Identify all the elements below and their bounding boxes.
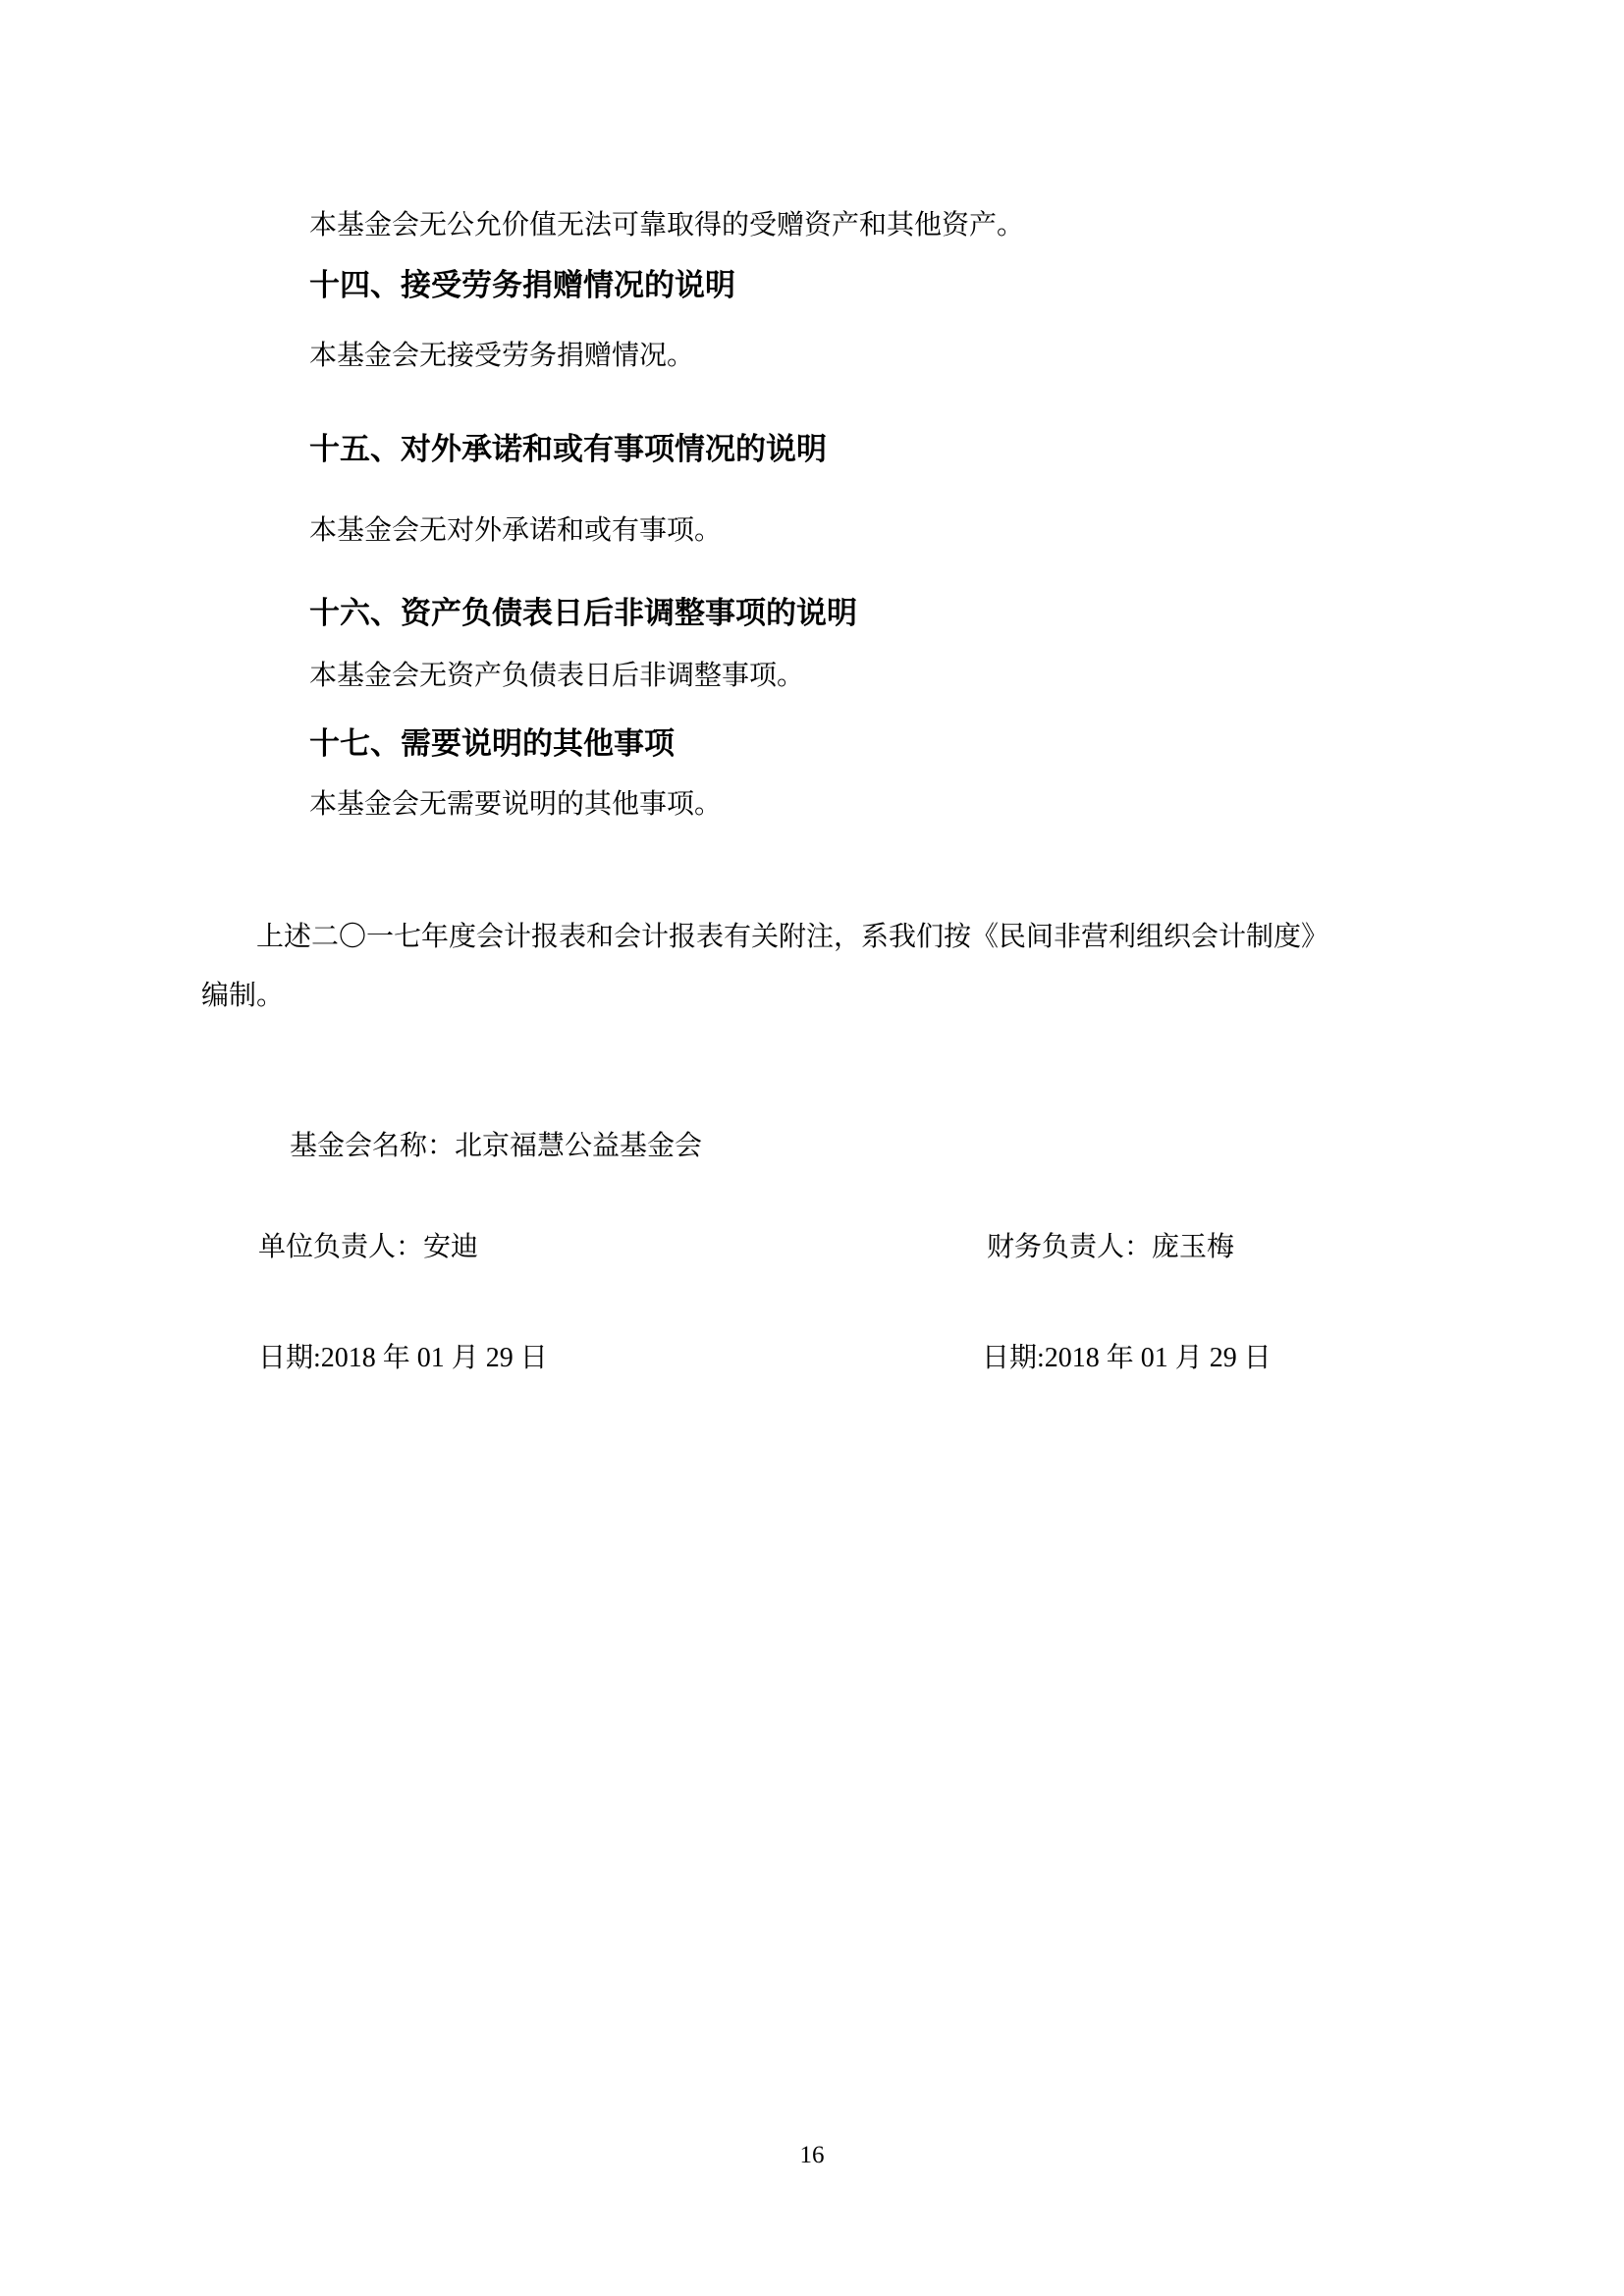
dates-row: 日期:2018 年 01 月 29 日 日期:2018 年 01 月 29 日 [201, 1341, 1423, 1376]
paragraph-section-14: 本基金会无接受劳务捐赠情况。 [309, 339, 1423, 374]
paragraph-closing-statement: 上述二〇一七年度会计报表和会计报表有关附注，系我们按《民间非营利组织会计制度》编… [201, 908, 1345, 1026]
paragraph-donated-assets: 本基金会无公允价值无法可靠取得的受赠资产和其他资产。 [309, 208, 1423, 243]
heading-section-15: 十五、对外承诺和或有事项情况的说明 [309, 429, 1423, 470]
heading-section-17: 十七、需要说明的其他事项 [309, 723, 1423, 765]
date-right: 日期:2018 年 01 月 29 日 [982, 1341, 1272, 1376]
paragraph-section-17: 本基金会无需要说明的其他事项。 [309, 787, 1423, 823]
heading-section-16: 十六、资产负债表日后非调整事项的说明 [309, 593, 1423, 634]
foundation-name-value: 北京福慧公益基金会 [455, 1131, 702, 1161]
unit-head-label: 单位负责人： [258, 1232, 423, 1262]
foundation-name-line: 基金会名称：北京福慧公益基金会 [290, 1129, 702, 1164]
responsible-persons-row: 单位负责人：安迪 财务负责人：庞玉梅 [201, 1230, 1423, 1265]
date-left: 日期:2018 年 01 月 29 日 [258, 1341, 548, 1376]
paragraph-section-16: 本基金会无资产负债表日后非调整事项。 [309, 659, 1423, 694]
foundation-name-label: 基金会名称： [290, 1131, 455, 1161]
heading-section-14: 十四、接受劳务捐赠情况的说明 [309, 265, 1423, 306]
unit-head-line: 单位负责人：安迪 [258, 1230, 478, 1265]
paragraph-section-15: 本基金会无对外承诺和或有事项。 [309, 513, 1423, 549]
page-number: 16 [0, 2140, 1624, 2171]
finance-head-line: 财务负责人：庞玉梅 [987, 1230, 1234, 1265]
document-page: 本基金会无公允价值无法可靠取得的受赠资产和其他资产。 十四、接受劳务捐赠情况的说… [0, 0, 1624, 2296]
unit-head-value: 安迪 [423, 1232, 478, 1262]
finance-head-label: 财务负责人： [987, 1232, 1152, 1262]
foundation-name-row: 基金会名称：北京福慧公益基金会 [290, 1129, 1423, 1164]
finance-head-value: 庞玉梅 [1152, 1232, 1234, 1262]
